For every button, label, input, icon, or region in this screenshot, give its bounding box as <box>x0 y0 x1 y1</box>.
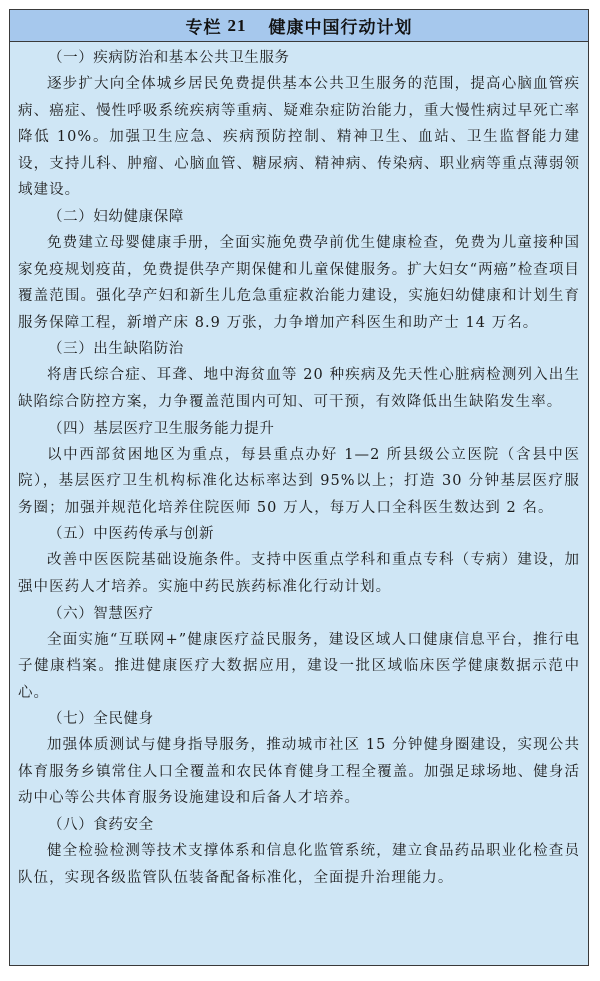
section-text: 改善中医医院基础设施条件。支持中医重点学科和重点专科（专病）建设，加强中医药人才… <box>18 547 580 600</box>
section-heading: （七）全民健身 <box>18 706 580 732</box>
feature-box-panel: 专栏 21 健康中国行动计划 （一）疾病防治和基本公共卫生服务 逐步扩大向全体城… <box>9 9 589 966</box>
section-heading: （一）疾病防治和基本公共卫生服务 <box>18 45 580 71</box>
section-text: 以中西部贫困地区为重点，每县重点办好 1—2 所县级公立医院（含县中医院），基层… <box>18 442 580 522</box>
section-primary-care-capacity: （四）基层医疗卫生服务能力提升 以中西部贫困地区为重点，每县重点办好 1—2 所… <box>18 416 580 522</box>
section-text: 健全检验检测等技术支撑体系和信息化监管系统，建立食品药品职业化检查员队伍，实现各… <box>18 838 580 891</box>
section-heading: （五）中医药传承与创新 <box>18 521 580 547</box>
section-heading: （四）基层医疗卫生服务能力提升 <box>18 416 580 442</box>
section-birth-defect-prevention: （三）出生缺陷防治 将唐氏综合症、耳聋、地中海贫血等 20 种疾病及先天性心脏病… <box>18 336 580 415</box>
panel-title-prefix: 专栏 <box>186 13 222 38</box>
section-national-fitness: （七）全民健身 加强体质测试与健身指导服务，推动城市社区 15 分钟健身圈建设，… <box>18 706 580 812</box>
section-disease-prevention: （一）疾病防治和基本公共卫生服务 逐步扩大向全体城乡居民免费提供基本公共卫生服务… <box>18 45 580 204</box>
section-text: 加强体质测试与健身指导服务，推动城市社区 15 分钟健身圈建设，实现公共体育服务… <box>18 732 580 812</box>
section-text: 逐步扩大向全体城乡居民免费提供基本公共卫生服务的范围，提高心脑血管疾病、癌症、慢… <box>18 71 580 204</box>
section-heading: （二）妇幼健康保障 <box>18 204 580 230</box>
section-text: 全面实施“互联网+”健康医疗益民服务，建设区域人口健康信息平台，推行电子健康档案… <box>18 627 580 707</box>
panel-body: （一）疾病防治和基本公共卫生服务 逐步扩大向全体城乡居民免费提供基本公共卫生服务… <box>10 42 588 891</box>
section-heading: （八）食药安全 <box>18 812 580 838</box>
panel-title-text: 健康中国行动计划 <box>269 13 413 38</box>
section-heading: （三）出生缺陷防治 <box>18 336 580 362</box>
section-smart-healthcare: （六）智慧医疗 全面实施“互联网+”健康医疗益民服务，建设区域人口健康信息平台，… <box>18 601 580 707</box>
panel-title-number: 21 <box>228 16 247 36</box>
panel-title: 专栏 21 健康中国行动计划 <box>10 10 588 42</box>
section-text: 将唐氏综合症、耳聋、地中海贫血等 20 种疾病及先天性心脏病检测列入出生缺陷综合… <box>18 362 580 415</box>
section-text: 免费建立母婴健康手册，全面实施免费孕前优生健康检查，免费为儿童接种国家免疫规划疫… <box>18 230 580 336</box>
section-food-drug-safety: （八）食药安全 健全检验检测等技术支撑体系和信息化监管系统，建立食品药品职业化检… <box>18 812 580 891</box>
section-maternal-child-health: （二）妇幼健康保障 免费建立母婴健康手册，全面实施免费孕前优生健康检查，免费为儿… <box>18 204 580 336</box>
section-tcm-innovation: （五）中医药传承与创新 改善中医医院基础设施条件。支持中医重点学科和重点专科（专… <box>18 521 580 600</box>
section-heading: （六）智慧医疗 <box>18 601 580 627</box>
